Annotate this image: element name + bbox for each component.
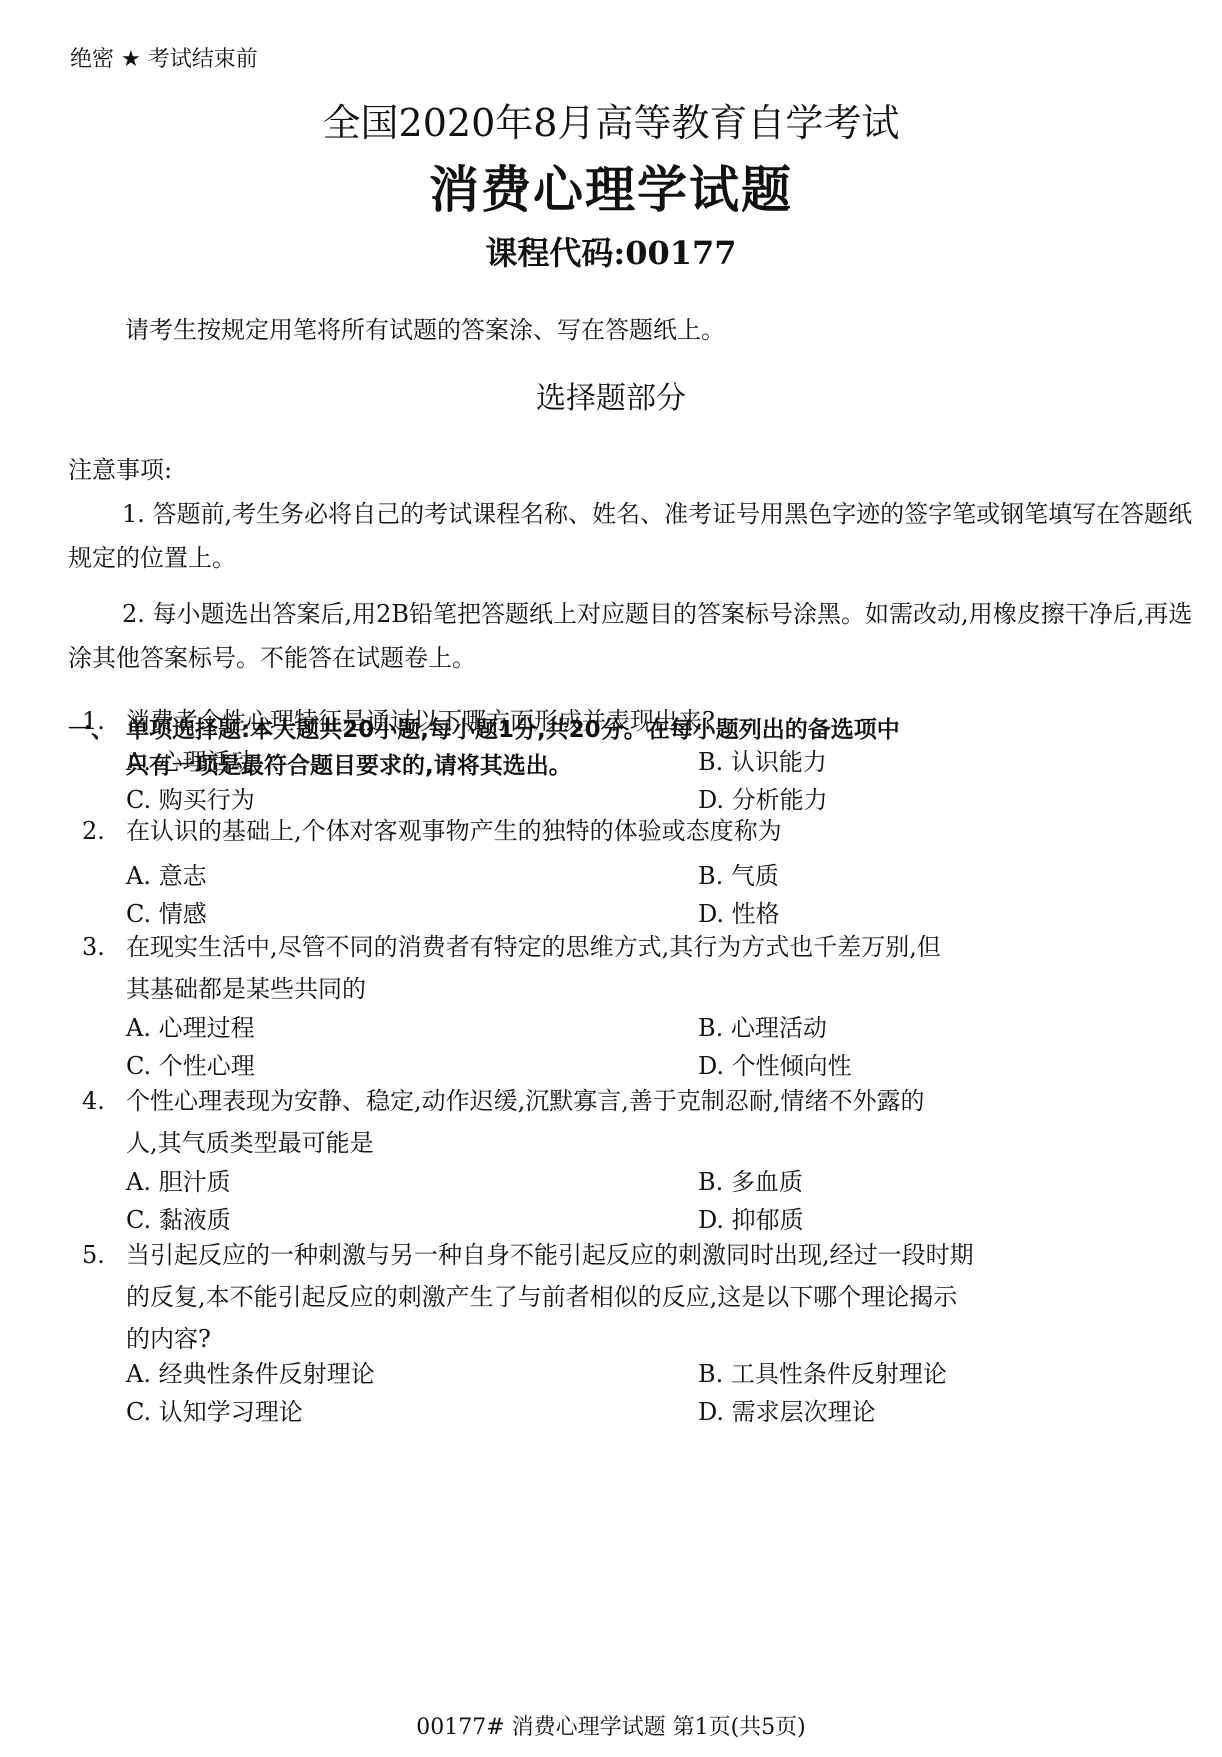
option-a: A. 心理过程 — [126, 1008, 255, 1043]
exam-title: 全国2020年8月高等教育自学考试 — [0, 92, 1222, 147]
question-text: 在认识的基础上,个体对客观事物产生的独特的体验或态度称为 — [126, 817, 782, 845]
question: 4.个性心理表现为安静、稳定,动作迟缓,沉默寡言,善于克制忍耐,情绪不外露的 人… — [82, 1080, 1182, 1164]
option-c: C. 黏液质 — [126, 1200, 231, 1235]
option-b: B. 心理活动 — [698, 1008, 827, 1043]
option-c: C. 个性心理 — [126, 1046, 255, 1081]
subject-title: 消费心理学试题 — [0, 150, 1222, 222]
question: 2.在认识的基础上,个体对客观事物产生的独特的体验或态度称为 — [82, 810, 1182, 852]
notice-item: 1. 答题前,考生务必将自己的考试课程名称、姓名、准考证号用黑色字迹的签字笔或钢… — [68, 492, 1193, 580]
question: 1.消费者个性心理特征是通过以下哪方面形成并表现出来? — [82, 700, 1182, 742]
answer-instruction: 请考生按规定用笔将所有试题的答案涂、写在答题纸上。 — [125, 310, 725, 345]
option-d: D. 需求层次理论 — [698, 1392, 876, 1427]
option-a: A. 经典性条件反射理论 — [126, 1354, 375, 1389]
question: 5.当引起反应的一种刺激与另一种自身不能引起反应的刺激同时出现,经过一段时期 的… — [82, 1234, 1182, 1360]
option-a: A. 胆汁质 — [126, 1162, 231, 1197]
question: 3.在现实生活中,尽管不同的消费者有特定的思维方式,其行为方式也千差万别,但 其… — [82, 926, 1182, 1010]
question-number: 3. — [82, 926, 126, 968]
notice-title: 注意事项: — [68, 450, 172, 485]
option-b: B. 认识能力 — [698, 742, 827, 777]
option-a: A. 心理活动 — [126, 742, 255, 777]
option-b: B. 工具性条件反射理论 — [698, 1354, 947, 1389]
question-text: 当引起反应的一种刺激与另一种自身不能引起反应的刺激同时出现,经过一段时期 — [126, 1241, 974, 1269]
section-part-title: 选择题部分 — [0, 373, 1222, 417]
course-code: 课程代码:00177 — [0, 228, 1222, 274]
option-d: D. 性格 — [698, 894, 780, 929]
option-d: D. 抑郁质 — [698, 1200, 804, 1235]
question-number: 2. — [82, 810, 126, 852]
question-number: 5. — [82, 1234, 126, 1276]
option-a: A. 意志 — [126, 856, 207, 891]
option-b: B. 气质 — [698, 856, 779, 891]
confidential-mark: 绝密 ★ 考试结束前 — [70, 42, 258, 73]
option-c: C. 情感 — [126, 894, 207, 929]
option-c: C. 认知学习理论 — [126, 1392, 303, 1427]
question-text: 人,其气质类型最可能是 — [82, 1122, 1182, 1164]
notice-item-text: 2. 每小题选出答案后,用2B铅笔把答题纸上对应题目的答案标号涂黑。如需改动,用… — [68, 600, 1192, 672]
option-b: B. 多血质 — [698, 1162, 803, 1197]
question-text: 在现实生活中,尽管不同的消费者有特定的思维方式,其行为方式也千差万别,但 — [126, 933, 941, 961]
question-text: 个性心理表现为安静、稳定,动作迟缓,沉默寡言,善于克制忍耐,情绪不外露的 — [126, 1087, 925, 1115]
question-number: 4. — [82, 1080, 126, 1122]
question-text: 其基础都是某些共同的 — [82, 968, 1182, 1010]
page-footer: 00177# 消费心理学试题 第1页(共5页) — [0, 1710, 1222, 1741]
question-number: 1. — [82, 700, 126, 742]
question-text: 消费者个性心理特征是通过以下哪方面形成并表现出来? — [126, 707, 715, 735]
notice-item-text: 1. 答题前,考生务必将自己的考试课程名称、姓名、准考证号用黑色字迹的签字笔或钢… — [68, 500, 1192, 572]
notice-item: 2. 每小题选出答案后,用2B铅笔把答题纸上对应题目的答案标号涂黑。如需改动,用… — [68, 592, 1193, 680]
question-text: 的反复,本不能引起反应的刺激产生了与前者相似的反应,这是以下哪个理论揭示 — [82, 1276, 1182, 1318]
option-d: D. 个性倾向性 — [698, 1046, 852, 1081]
